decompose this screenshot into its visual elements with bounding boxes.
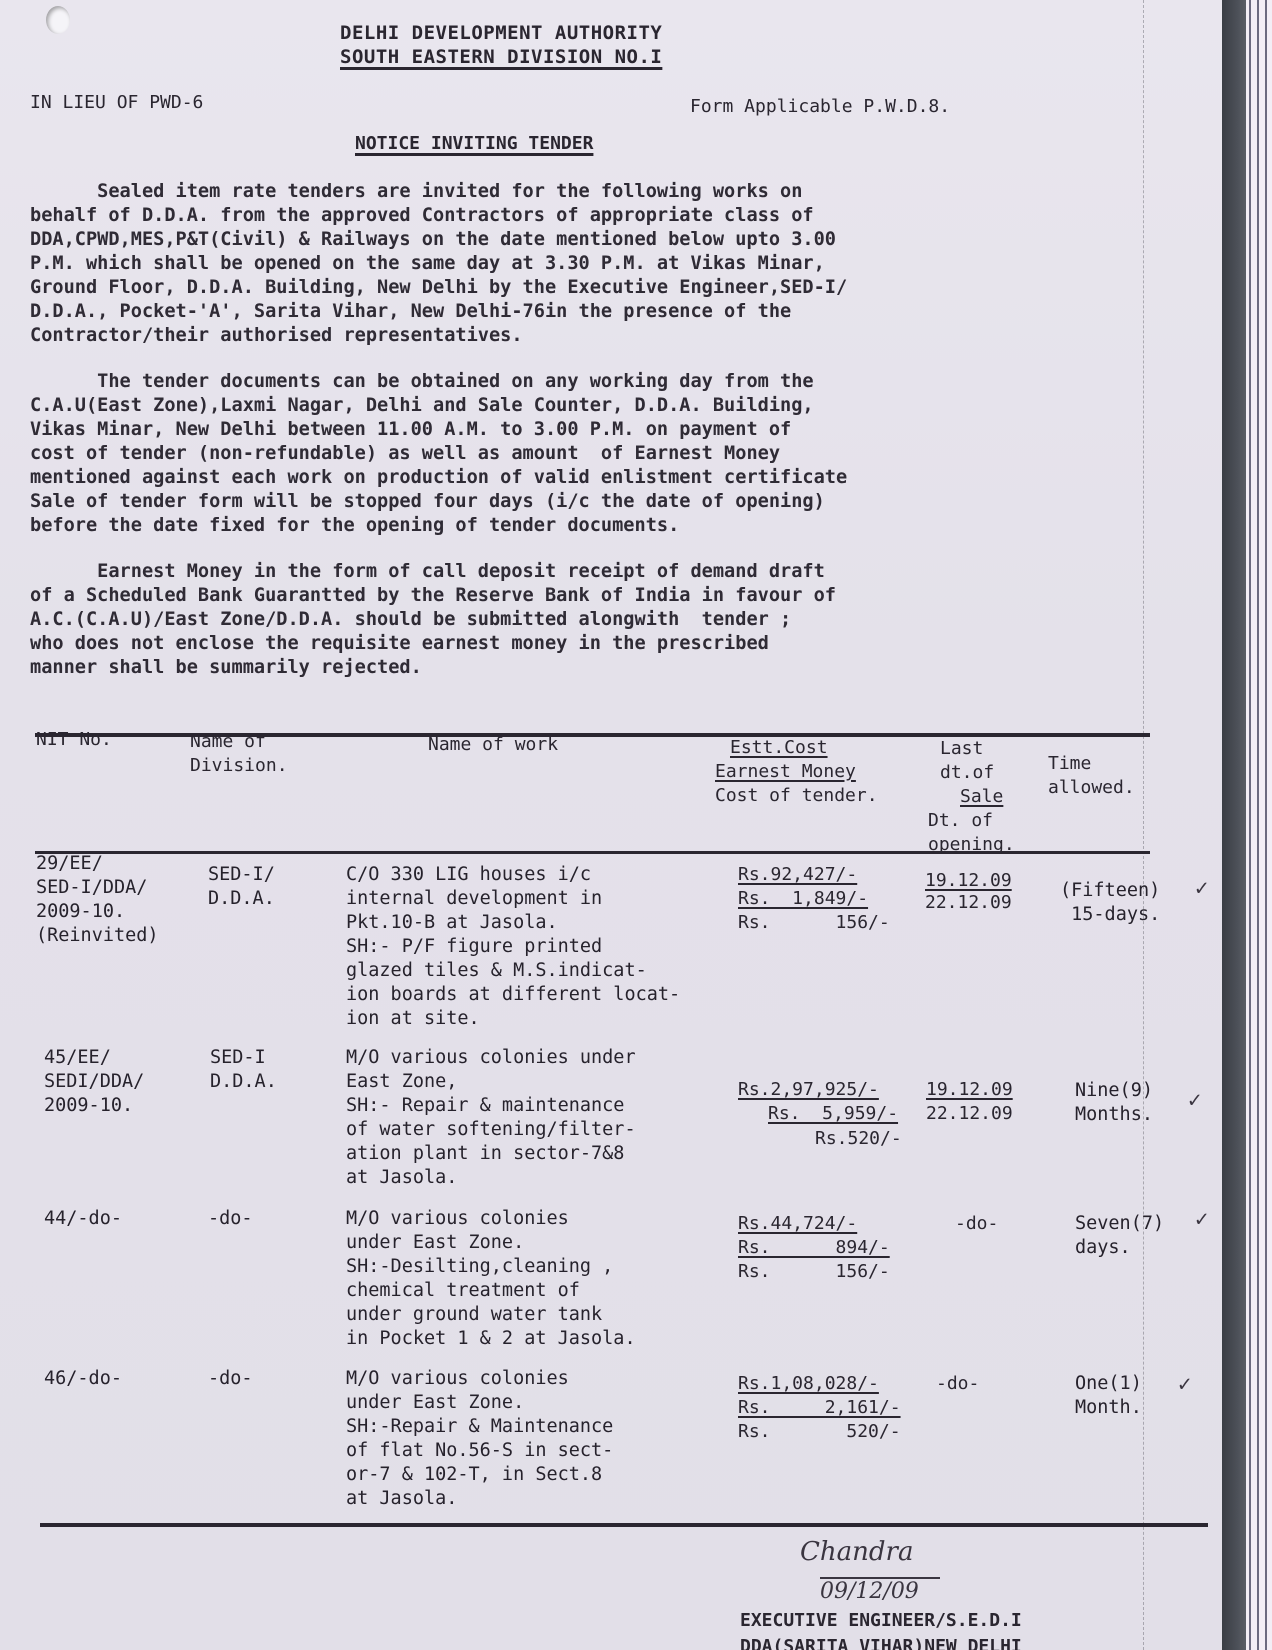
- row4-work: M/O various colonies under East Zone. SH…: [346, 1367, 613, 1511]
- handwritten-signature: Chandra: [800, 1537, 913, 1567]
- header-name-of-work: Name of work: [428, 733, 558, 757]
- table-bottom-rule: [40, 1523, 1208, 1527]
- paragraph-sealed-tenders: Sealed item rate tenders are invited for…: [30, 180, 1130, 348]
- division-name: SOUTH EASTERN DIVISION NO.I: [340, 46, 662, 68]
- row1-time-allowed: (Fifteen) 15-days.: [1060, 879, 1160, 927]
- header-date-opening: Dt. of opening.: [928, 809, 1015, 857]
- check-mark-icon: ✓: [1178, 1372, 1191, 1397]
- scanner-stripes: [1246, 0, 1272, 1650]
- check-mark-icon: ✓: [1195, 1207, 1208, 1232]
- form-applicable-label: Form Applicable P.W.D.8.: [690, 96, 950, 117]
- signatory-address: DDA(SARITA VIHAR)NEW DELHI: [740, 1636, 1022, 1650]
- signatory-designation: EXECUTIVE ENGINEER/S.E.D.I: [740, 1610, 1022, 1631]
- row4-time-allowed: One(1) Month.: [1075, 1372, 1142, 1420]
- header-estt-cost: Estt.Cost: [730, 736, 828, 760]
- row2-cost-of-tender: Rs.520/-: [815, 1127, 902, 1151]
- row3-earnest-money: Rs. 894/-: [738, 1236, 890, 1260]
- row1-earnest-money: Rs. 1,849/-: [738, 887, 868, 911]
- row3-cost-of-tender: Rs. 156/-: [738, 1260, 890, 1284]
- row1-division: SED-I/ D.D.A.: [208, 863, 275, 911]
- row1-nit-no: 29/EE/ SED-I/DDA/ 2009-10. (Reinvited): [36, 852, 159, 948]
- fold-line: [1143, 0, 1144, 1650]
- header-cost-of-tender: Cost of tender.: [715, 784, 878, 808]
- header-nit-no: NIT No.: [36, 728, 112, 752]
- row2-work: M/O various colonies under East Zone, SH…: [346, 1046, 636, 1190]
- header-time-allowed: Time allowed.: [1048, 752, 1135, 800]
- row1-last-date-sale: 19.12.09: [925, 869, 1012, 893]
- paragraph-earnest-money: Earnest Money in the form of call deposi…: [30, 560, 1130, 680]
- row2-date-opening: 22.12.09: [926, 1102, 1013, 1126]
- row3-last-date-sale: -do-: [955, 1212, 998, 1236]
- header-division: Name of Division.: [190, 730, 288, 778]
- check-mark-icon: ✓: [1188, 1088, 1201, 1113]
- row2-estt-cost: Rs.2,97,925/-: [738, 1078, 879, 1102]
- row1-date-opening: 22.12.09: [925, 891, 1012, 915]
- row4-earnest-money: Rs. 2,161/-: [738, 1396, 901, 1420]
- row2-time-allowed: Nine(9) Months.: [1075, 1079, 1153, 1127]
- punch-hole: [46, 6, 70, 34]
- page-title: NOTICE INVITING TENDER: [355, 133, 593, 154]
- row4-nit-no: 46/-do-: [44, 1367, 122, 1391]
- org-name: DELHI DEVELOPMENT AUTHORITY: [340, 22, 662, 44]
- row1-estt-cost: Rs.92,427/-: [738, 863, 857, 887]
- row3-division: -do-: [208, 1207, 253, 1231]
- row3-work: M/O various colonies under East Zone. SH…: [346, 1207, 636, 1351]
- check-mark-icon: ✓: [1195, 876, 1208, 901]
- row2-earnest-money: Rs. 5,959/-: [768, 1102, 898, 1126]
- row4-estt-cost: Rs.1,08,028/-: [738, 1372, 879, 1396]
- scanner-edge: [1222, 0, 1246, 1650]
- row2-division: SED-I D.D.A.: [210, 1046, 277, 1094]
- row4-cost-of-tender: Rs. 520/-: [738, 1420, 901, 1444]
- row2-last-date-sale: 19.12.09: [926, 1078, 1013, 1102]
- handwritten-date: 09/12/09: [820, 1577, 940, 1604]
- row4-division: -do-: [208, 1367, 253, 1391]
- row1-work: C/O 330 LIG houses i/c internal developm…: [346, 863, 680, 1031]
- header-last-date-sale: Last dt.of: [940, 737, 994, 785]
- header-earnest-money: Earnest Money: [715, 760, 856, 784]
- row4-last-date-sale: -do-: [936, 1372, 979, 1396]
- in-lieu-label: IN LIEU OF PWD-6: [30, 92, 203, 113]
- row2-nit-no: 45/EE/ SEDI/DDA/ 2009-10.: [44, 1046, 144, 1118]
- row3-time-allowed: Seven(7) days.: [1075, 1212, 1164, 1260]
- header-sale: Sale: [960, 785, 1003, 809]
- row3-estt-cost: Rs.44,724/-: [738, 1212, 857, 1236]
- row1-cost-of-tender: Rs. 156/-: [738, 911, 890, 935]
- paragraph-tender-documents: The tender documents can be obtained on …: [30, 370, 1130, 538]
- row3-nit-no: 44/-do-: [44, 1207, 122, 1231]
